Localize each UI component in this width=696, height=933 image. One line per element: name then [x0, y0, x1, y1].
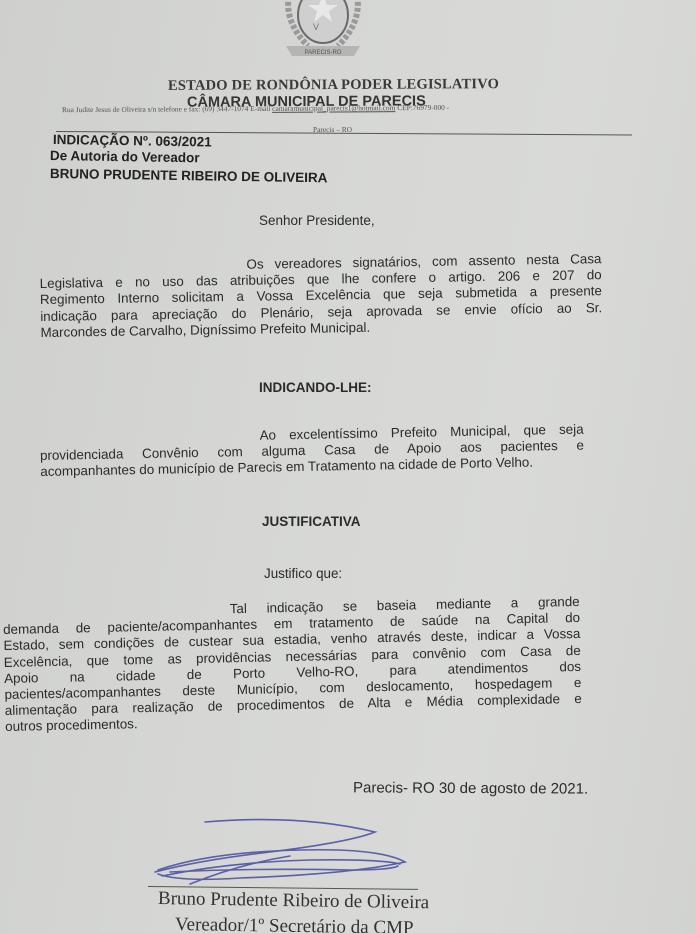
document-page: V PARECIS-RO ESTADO DE RONDÔNIA PODER LE…	[0, 0, 696, 933]
indication-number: INDICAÇÃO Nº. 063/2021	[53, 132, 212, 149]
signatory-name: Bruno Prudente Ribeiro de Oliveira	[158, 888, 430, 914]
justification-paragraph: Tal indicação se baseia mediante a grand…	[3, 594, 583, 736]
intro-paragraph: Os vereadores signatários, com assento n…	[39, 251, 602, 341]
author-name: BRUNO PRUDENTE RIBEIRO DE OLIVEIRA	[50, 166, 328, 185]
header-state-title: ESTADO DE RONDÔNIA PODER LEGISLATIVO	[168, 76, 499, 95]
section-indicating-heading: INDICANDO-LHE:	[259, 380, 372, 395]
section-justification-heading: JUSTIFICATIVA	[262, 514, 361, 529]
salutation: Senhor Presidente,	[259, 213, 375, 228]
authorship-label: De Autoria do Vereador	[50, 148, 200, 165]
svg-text:PARECIS-RO: PARECIS-RO	[305, 50, 342, 56]
header-address: Rua Judite Jesus de Oliveira s/n telefon…	[62, 103, 449, 114]
svg-text:V: V	[313, 22, 319, 32]
justification-intro: Justifico que:	[264, 566, 342, 581]
place-and-date: Parecis- RO 30 de agosto de 2021.	[353, 779, 588, 797]
email-link[interactable]: camaramunicipal_parecis1@hotmail.com	[272, 103, 395, 113]
crest-emblem-icon: V PARECIS-RO	[268, 0, 378, 60]
address-cep: CEP:76979-000 -	[395, 103, 449, 112]
handwritten-signature-icon	[150, 812, 410, 892]
indicating-paragraph: Ao excelentíssimo Prefeito Municipal, qu…	[40, 422, 585, 481]
address-text: Rua Judite Jesus de Oliveira s/n telefon…	[62, 104, 272, 114]
signatory-role: Vereador/1º Secretário da CMP	[175, 914, 414, 933]
